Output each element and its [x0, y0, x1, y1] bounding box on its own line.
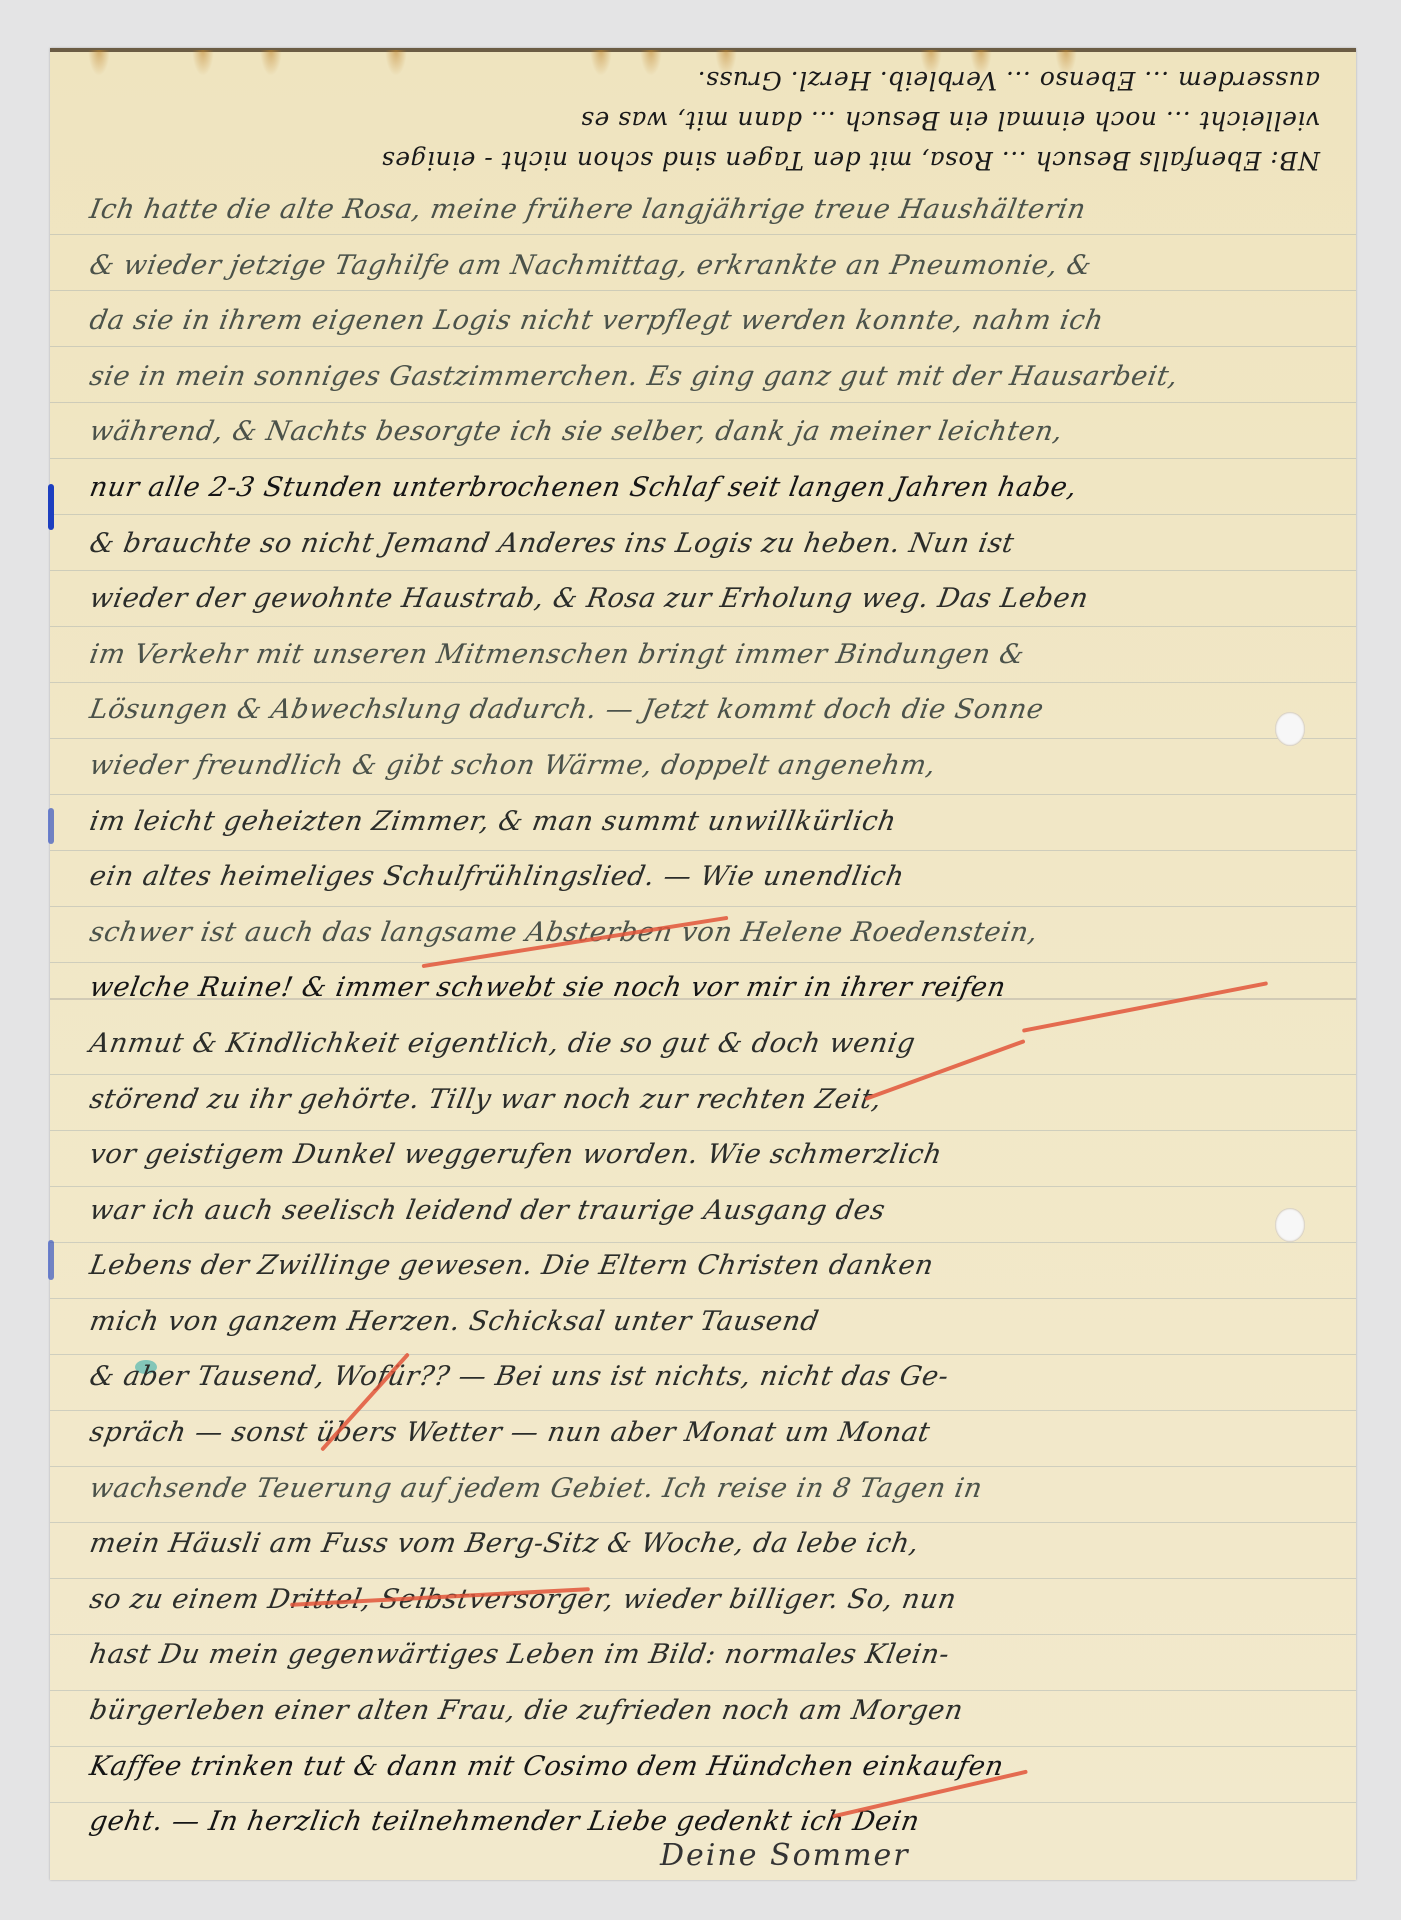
letter-line: vor geistigem Dunkel weggerufen worden. … — [85, 1127, 1325, 1183]
postscript-upside-down: NB: Ebenfalls Besuch ... Rosa, mit den T… — [80, 60, 1320, 180]
letter-line: & aber Tausend, Wofür?? — Bei uns ist ni… — [85, 1349, 1325, 1405]
letter-line: nur alle 2-3 Stunden unterbrochenen Schl… — [85, 460, 1325, 516]
letter-line: wieder der gewohnte Haustrab, & Rosa zur… — [85, 571, 1325, 627]
letter-line: Anmut & Kindlichkeit eigentlich, die so … — [85, 1016, 1325, 1072]
signature: Deine Sommer — [660, 1838, 910, 1873]
letter-line: war ich auch seelisch leidend der trauri… — [85, 1183, 1325, 1239]
letter-line: bürgerleben einer alten Frau, die zufrie… — [85, 1683, 1325, 1739]
letter-line: Lösungen & Abwechslung dadurch. — Jetzt … — [85, 682, 1325, 738]
letter-line: mein Häusli am Fuss vom Berg-Sitz & Woch… — [85, 1516, 1325, 1572]
postscript-line: vielleicht ... noch einmal ein Besuch ..… — [80, 100, 1320, 140]
blue-ink-mark — [48, 484, 54, 530]
letter-line: im leicht geheizten Zimmer, & man summt … — [85, 794, 1325, 850]
letter-line: wieder freundlich & gibt schon Wärme, do… — [85, 738, 1325, 794]
letter-line: schwer ist auch das langsame Absterben v… — [85, 905, 1325, 961]
blue-ink-mark — [48, 1240, 54, 1280]
letter-line: da sie in ihrem eigenen Logis nicht verp… — [85, 293, 1325, 349]
letter-line: & brauchte so nicht Jemand Anderes ins L… — [85, 516, 1325, 572]
paper-top-edge — [50, 48, 1356, 52]
letter-line: wachsende Teuerung auf jedem Gebiet. Ich… — [85, 1461, 1325, 1517]
postscript-line: NB: Ebenfalls Besuch ... Rosa, mit den T… — [80, 140, 1320, 180]
letter-line: spräch — sonst übers Wetter — nun aber M… — [85, 1405, 1325, 1461]
letter-line: mich von ganzem Herzen. Schicksal unter … — [85, 1294, 1325, 1350]
letter-line: während, & Nachts besorgte ich sie selbe… — [85, 404, 1325, 460]
letter-line: hast Du mein gegenwärtiges Leben im Bild… — [85, 1627, 1325, 1683]
letter-line: & wieder jetzige Taghilfe am Nachmittag,… — [85, 238, 1325, 294]
letter-line: sie in mein sonniges Gastzimmerchen. Es … — [85, 349, 1325, 405]
letter-line: Ich hatte die alte Rosa, meine frühere l… — [85, 182, 1325, 238]
letter-line: im Verkehr mit unseren Mitmenschen bring… — [85, 627, 1325, 683]
letter-line: störend zu ihr gehörte. Tilly war noch z… — [85, 1072, 1325, 1128]
postscript-line: ausserdem ... Ebenso ... Verbleib. Herzl… — [80, 60, 1320, 100]
letter-line: Kaffee trinken tut & dann mit Cosimo dem… — [85, 1739, 1325, 1795]
blue-ink-mark — [48, 808, 54, 844]
letter-body: Ich hatte die alte Rosa, meine frühere l… — [85, 182, 1315, 1850]
letter-line: ein altes heimeliges Schulfrühlingslied.… — [85, 849, 1325, 905]
letter-line: so zu einem Drittel, Selbstversorger, wi… — [85, 1572, 1325, 1628]
letter-line: Lebens der Zwillinge gewesen. Die Eltern… — [85, 1238, 1325, 1294]
